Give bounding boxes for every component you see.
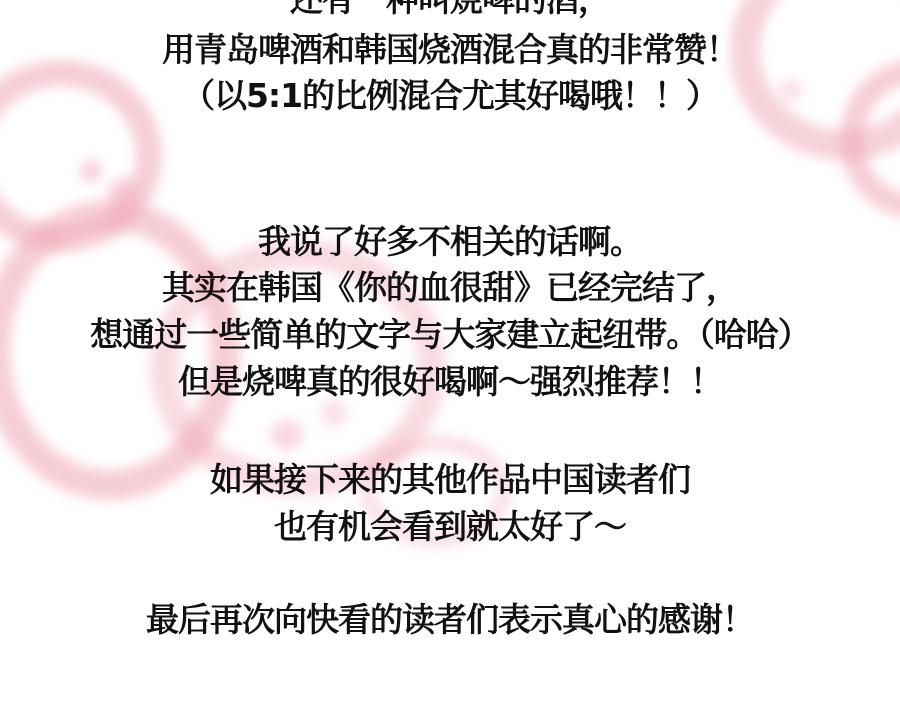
text-line: 最后再次向快看的读者们表示真心的感谢！ xyxy=(0,600,900,640)
text-line: 我说了好多不相关的话啊。 xyxy=(0,222,900,262)
text-line: 还有一种叫烧啤的酒， xyxy=(0,0,900,20)
text-line: 用青岛啤酒和韩国烧酒混合真的非常赞！ xyxy=(0,30,900,70)
text-line: 也有机会看到就太好了～ xyxy=(0,507,900,547)
text-line: 但是烧啤真的很好喝啊～强烈推荐！！ xyxy=(0,362,900,402)
text-line: 如果接下来的其他作品中国读者们 xyxy=(0,460,900,500)
text-line: 其实在韩国《你的血很甜》已经完结了， xyxy=(0,268,900,308)
text-line: （以5:1的比例混合尤其好喝哦！！） xyxy=(0,76,900,116)
text-line: 想通过一些简单的文字与大家建立起纽带。（哈哈） xyxy=(0,315,900,355)
afterword-text: 还有一种叫烧啤的酒， 用青岛啤酒和韩国烧酒混合真的非常赞！ （以5:1的比例混合… xyxy=(0,0,900,703)
comic-afterword-page: 还有一种叫烧啤的酒， 用青岛啤酒和韩国烧酒混合真的非常赞！ （以5:1的比例混合… xyxy=(0,0,900,703)
